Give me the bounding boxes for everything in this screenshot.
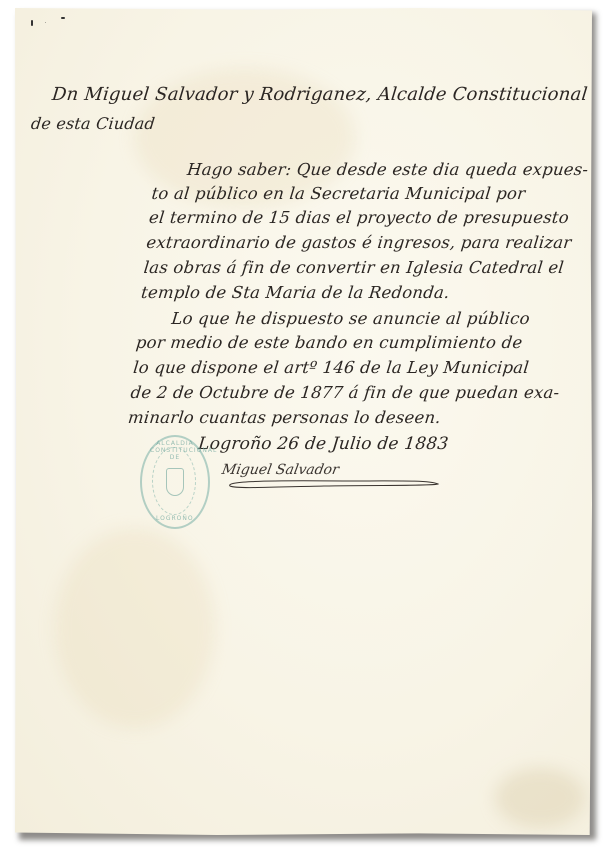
body-line: Hago saber: Que desde este dia queda exp…	[186, 160, 589, 179]
body-line: templo de Sta Maria de la Redonda.	[140, 283, 450, 302]
paper-stain	[55, 528, 215, 728]
signature-flourish	[224, 474, 440, 490]
coat-of-arms-icon	[166, 468, 184, 496]
municipal-seal-stamp: ALCALDIA CONSTITUCIONAL DE LOGROÑO	[140, 435, 210, 529]
ink-speck	[45, 22, 46, 23]
header-line-1: Dn Miguel Salvador y Rodriganez, Alcalde…	[51, 84, 589, 105]
body-line: las obras á fin de convertir en Iglesia …	[143, 258, 565, 277]
ink-speck	[31, 20, 33, 26]
body-line: por medio de este bando en cumplimiento …	[135, 333, 523, 352]
body-line: extraordinario de gastos é ingresos, par…	[146, 233, 573, 252]
header-line-2: de esta Ciudad	[30, 114, 156, 133]
body-line: el termino de 15 dias el proyecto de pre…	[148, 208, 570, 227]
body-line: to al público en la Secretaria Municipal…	[151, 184, 527, 203]
body-line: lo que dispone el artº 146 de la Ley Mun…	[132, 358, 530, 377]
body-line: minarlo cuantas personas lo deseen.	[127, 408, 442, 427]
body-line: Lo que he dispuesto se anuncie al públic…	[171, 309, 531, 328]
paper-stain	[495, 768, 585, 828]
ink-speck	[61, 17, 65, 19]
place-date: Logroño 26 de Julio de 1883	[197, 434, 449, 454]
stamp-text-top: ALCALDIA CONSTITUCIONAL DE	[150, 440, 200, 461]
body-line: de 2 de Octubre de 1877 á fin de que pue…	[130, 383, 561, 402]
stamp-text-bottom: LOGROÑO	[156, 515, 194, 522]
